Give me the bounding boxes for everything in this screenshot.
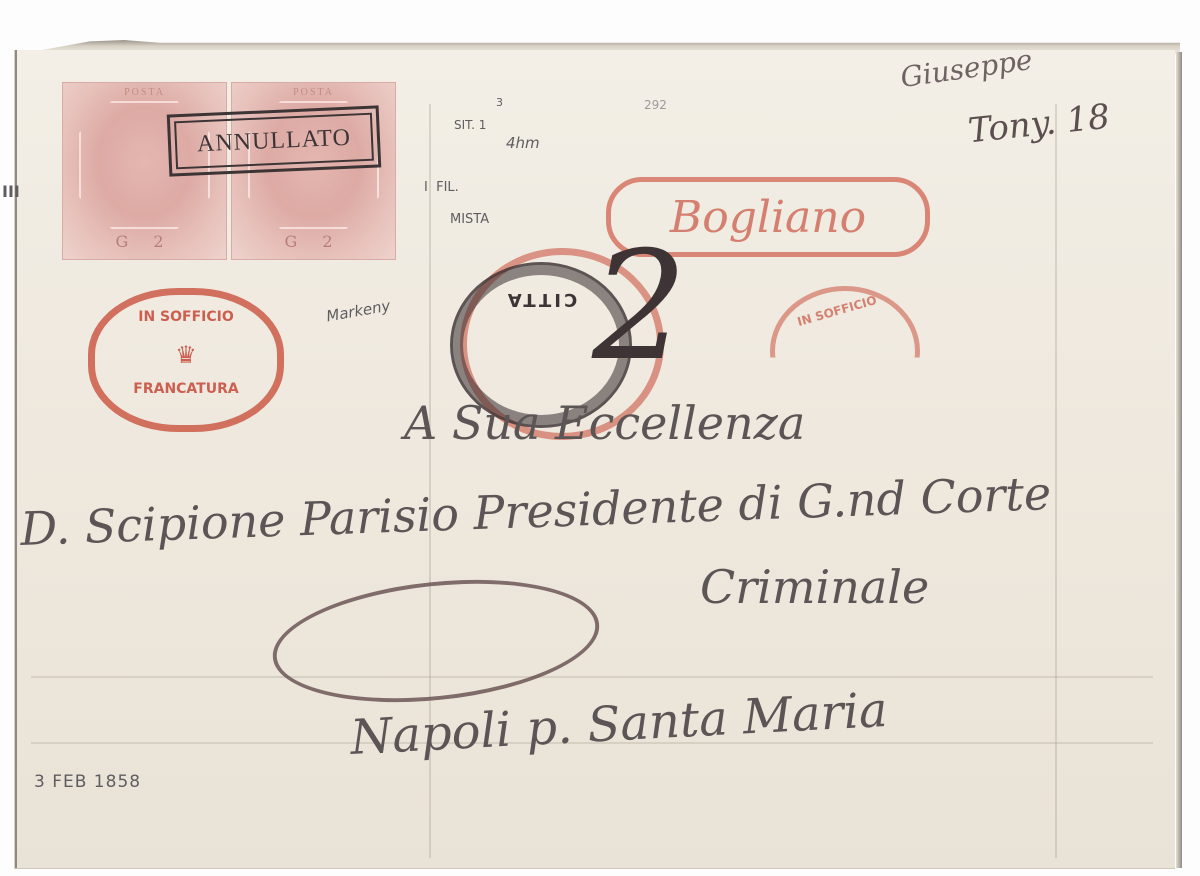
- pencil-cert-line: I FIL.: [424, 180, 459, 195]
- manuscript-rate-mark: 2: [592, 232, 687, 382]
- seal-text: IN SOFFICIO: [95, 309, 277, 325]
- stamp-top-word: POSTA: [232, 87, 395, 98]
- fold-line: [1055, 104, 1057, 858]
- seal-text: FRANCATURA: [95, 381, 277, 397]
- cover-right-edge: [1176, 52, 1182, 868]
- pencil-left-margin: III: [2, 182, 20, 201]
- address-line: A Sua Eccellenza: [404, 396, 805, 450]
- red-ornate-seal: IN SOFFICIO ♛ FRANCATURA: [88, 288, 284, 432]
- pencil-top-mid: 292: [644, 98, 667, 112]
- pencil-date: 3 FEB 1858: [34, 772, 141, 792]
- stamp-value: G 2: [232, 232, 395, 251]
- pencil-cert-line: MISTA: [450, 212, 489, 227]
- pencil-cert-line: 3: [496, 96, 503, 109]
- stamp-value: G 2: [63, 232, 226, 251]
- stamp-top-word: POSTA: [63, 87, 226, 98]
- crown-icon: ♛: [95, 341, 277, 369]
- pencil-cert-line: 4hm: [506, 134, 540, 152]
- address-line: Criminale: [700, 560, 929, 614]
- fold-line: [31, 676, 1153, 678]
- annullato-cancel: ANNULLATO: [167, 105, 382, 176]
- pencil-cert-line: SIT. 1: [454, 118, 486, 132]
